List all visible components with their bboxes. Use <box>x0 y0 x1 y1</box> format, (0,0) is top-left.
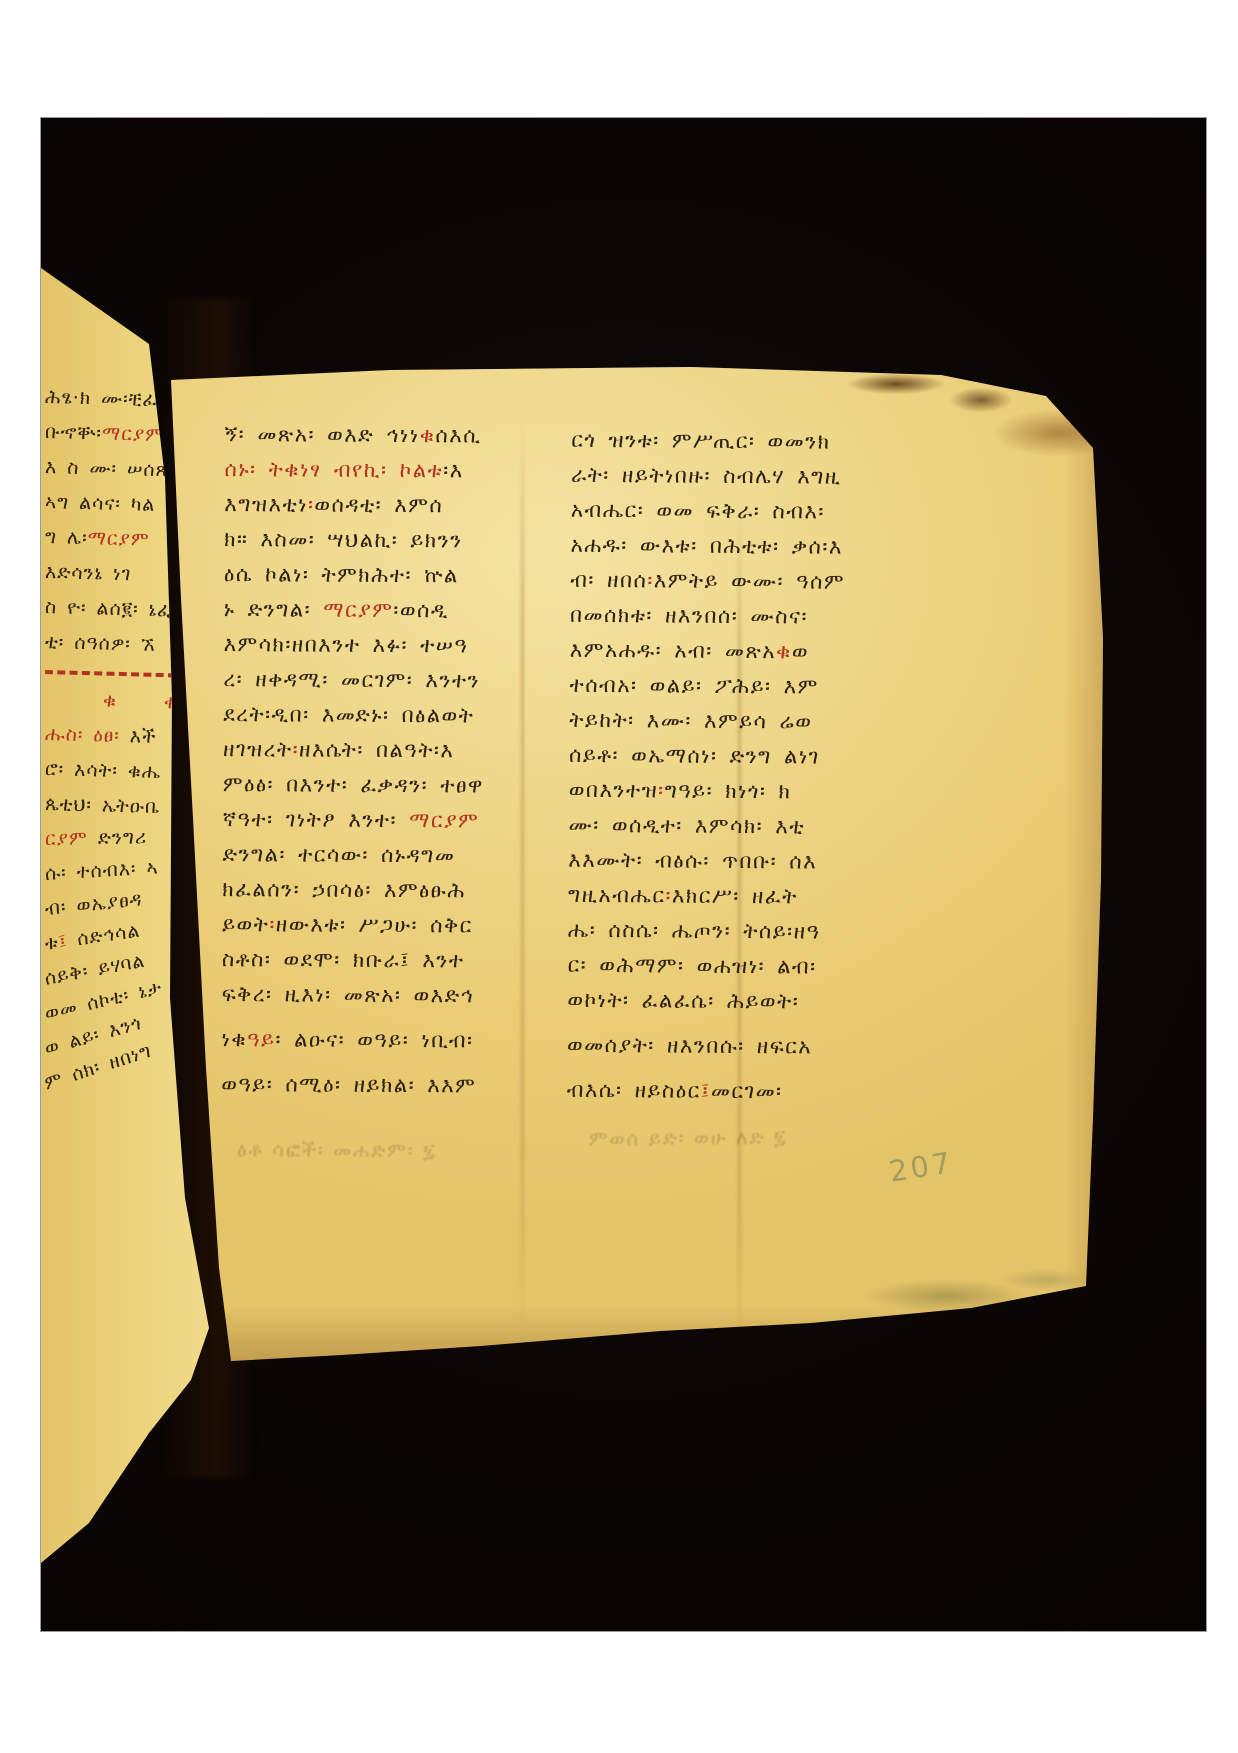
text-segment-ink: ሙ፡ ወሰዲተ፡ እምሳክ፡ እቲ <box>569 813 806 839</box>
text-segment-ink: ክ። እስመ፡ ሣህልኪ፡ ይክንን <box>224 527 463 552</box>
text-line: ወበእንተዝ፡ግዓይ፡ ክነጎ፡ ክ <box>569 773 913 810</box>
text-segment-ink: ኝ፡ መጽአ፡ ወእድ ኅነነ <box>225 422 420 447</box>
text-line: ወኮነት፡ ፈልፈሴ፡ ሕይወት፡ <box>567 983 911 1020</box>
text-segment-ink: ብ፡ ዘበሰ <box>570 568 647 593</box>
text-segment-ink: ር፡ ወሕማም፡ ወሐዝነ፡ ልብ፡ <box>568 953 817 979</box>
text-segment-ink: እች <box>130 725 157 748</box>
text-line: አብሔር፡ ወመ ፍቅራ፡ ስብእ፡ <box>571 493 915 530</box>
text-segment-ink: እእሙት፡ ብፅሱ፡ ጥበቡ፡ ሰእ <box>568 848 817 874</box>
text-segment-ink: ክፈልሰን፡ ኃበሳፅ፡ እምፅፁሕ <box>222 877 466 902</box>
text-segment-rubric: ማርያም <box>102 422 165 446</box>
text-segment-ink: ተሰብአ፡ ወልይ፡ ፖሕይ፡ እም <box>569 673 818 699</box>
text-line: እምሳክ፡ዘበእንተ እፉ፡ ተሠዓ <box>224 627 566 664</box>
text-segment-rubric: ማርያም <box>87 527 150 551</box>
text-line: ር፡ ወሕማም፡ ወሐዝነ፡ ልብ፡ <box>567 948 911 985</box>
text-line: ኝ፡ መጽአ፡ ወእድ ኅነነቁሰእሲ <box>225 417 567 454</box>
text-segment-rubric: ሰኑ፡ ትቁነፃ ብየኪ፡ ኮልቱ <box>224 457 443 482</box>
text-line: ዕሴ ኮልነ፡ ትምክሕተ፡ ኵል <box>224 557 566 594</box>
text-line: ተሰብአ፡ ወልይ፡ ፖሕይ፡ እም <box>569 668 913 705</box>
text-line: ሰይቶ፡ ወኤማሰነ፡ ድንግ ልነገ <box>569 738 913 775</box>
text-segment-rubric: ቁ ቁ <box>103 690 178 714</box>
text-line: እግዝእቲነ፡ወሰዳቲ፡ እምሰ <box>224 487 566 524</box>
text-line: ክፈልሰን፡ ኃበሳፅ፡ እምፅፁሕ <box>222 872 564 909</box>
text-segment-ink: ፡ወሰዲ <box>393 598 449 622</box>
text-line: ድንግል፡ ተርሳው፡ ሰኑዳግመ <box>222 837 564 874</box>
text-segment-ink: ወሰዳቲ፡ እምሰ <box>314 493 443 518</box>
text-segment-ink: ይወት <box>222 912 269 936</box>
text-segment-ink: ርጎ ዝንቱ፡ ምሥጢር፡ ወመንክ <box>571 428 830 454</box>
text-line: እእሙት፡ ብፅሱ፡ ጥበቡ፡ ሰእ <box>568 843 912 880</box>
text-line: ሰኑ፡ ትቁነፃ ብየኪ፡ ኮልቱ፡እ <box>224 452 566 489</box>
text-line: ሙ፡ ወሰዲተ፡ እምሳክ፡ እቲ <box>568 808 912 845</box>
text-segment-ink: ጴቲህ፡ ኤትዑቤ <box>45 793 161 818</box>
text-segment-rubric: ቁ <box>420 423 436 447</box>
text-segment-ink: ሕፄ·ክ ሙ፡ቺፈ <box>45 386 158 411</box>
text-segment-ink: መርገመ፡ <box>711 1079 783 1103</box>
text-line: ምዕፅ፡ በእንተ፡ ፈቃዳን፡ ተፀዋ <box>223 767 565 804</box>
text-line: ወመሰያት፡ ዘእንበሱ፡ ዘፍርአ <box>567 1028 911 1065</box>
text-line: ነቁዓይ፡ ልዑና፡ ወዓይ፡ ነቢብ፡ <box>221 1022 563 1059</box>
text-segment-ink: ወበእንተዝ <box>569 778 659 803</box>
text-line: እምአሐዱ፡ አብ፡ መጽአቁወ <box>570 633 914 670</box>
text-line: ትይከት፡ እሙ፡ እምይሳ ሬወ <box>569 703 913 740</box>
text-segment-ink: ሰእሲ <box>435 423 481 447</box>
text-segment-ink: ብእሴ፡ ዘይስዕር <box>567 1078 701 1103</box>
text-line: ብእሴ፡ ዘይስዕር፤መርገመ፡ <box>567 1073 911 1110</box>
text-line: ግዚአብሔር፡እክርሥ፡ ዘፈት <box>568 878 912 915</box>
text-segment-rubric: ሑስ፡ ዕፀ፡ <box>45 723 130 747</box>
text-segment-rubric: ርያም <box>45 827 88 850</box>
text-segment-ink: ስቶስ፡ ወደሞ፡ ክቡራ፤ እንተ <box>222 947 465 972</box>
text-segment-ink: ግ ሌ፡ <box>45 526 88 549</box>
text-segment-rubric: ፤ <box>701 1079 711 1103</box>
text-segment-ink: ዘእሴት፡ በልዓት፡እ <box>299 738 454 763</box>
text-segment-ink: ኛዓተ፡ ገነትፆ እንተ፡ <box>223 807 410 832</box>
text-segment-ink: ፡እ <box>443 458 464 482</box>
text-line: ክ። እስመ፡ ሣህልኪ፡ ይክንን <box>224 522 566 559</box>
text-line: ፍቅረ፡ ዚእነ፡ መጽአ፡ ወእድኅ <box>222 977 564 1014</box>
text-line: ረ፡ ዘቀዳሚ፡ መርገም፡ እንተን <box>223 662 565 699</box>
text-segment-ink: እምአሐዱ፡ አብ፡ መጽአ <box>570 638 776 663</box>
text-segment-ink: ደረት፡ዲበ፡ እመድኑ፡ በፅልወት <box>223 702 474 727</box>
text-segment-ink: ግዚአብሔር <box>568 883 666 908</box>
text-segment-ink: ነቁ <box>221 1027 247 1051</box>
text-segment-ink: እግዝእቲነ <box>224 492 308 516</box>
text-segment-ink: ፍቅረ፡ ዚእነ፡ መጽአ፡ ወእድኅ <box>222 982 475 1007</box>
text-segment-ink: ፡ ልዑና፡ ወዓይ፡ ነቢብ፡ <box>275 1027 473 1052</box>
text-segment-ink: ቡኆቝ፡ <box>45 421 103 444</box>
text-segment-ink: ግዓይ፡ ክነጎ፡ ክ <box>665 778 792 803</box>
text-line: ስቶስ፡ ወደሞ፡ ክቡራ፤ እንተ <box>222 942 564 979</box>
text-segment-rubric: ዓይ <box>247 1027 275 1051</box>
text-line: ደረት፡ዲበ፡ እመድኑ፡ በፅልወት <box>223 697 565 734</box>
text-segment-rubric: ቁ <box>776 639 792 663</box>
text-line: ሔ፡ ሰስሴ፡ ሔጦን፡ ትሰይ፡ዘዓ <box>568 913 912 950</box>
text-segment-ink: እክርሥ፡ ዘፈት <box>672 884 798 909</box>
text-segment-ink: ሔ፡ ሰስሴ፡ ሔጦን፡ ትሰይ፡ዘዓ <box>568 918 821 944</box>
text-segment-ink: ኣግ ልሳና፡ ካል <box>45 491 156 516</box>
text-segment-ink: እምሳክ፡ዘበእንተ እፉ፡ ተሠዓ <box>224 632 469 657</box>
text-segment-ink: ዘገዝረት <box>223 737 293 761</box>
text-segment-ink: ወመሰያት፡ ዘእንበሱ፡ ዘፍርአ <box>567 1033 812 1059</box>
text-segment-rubric: ማርያም <box>323 598 393 622</box>
text-segment-ink: አሐዱ፡ ውእቱ፡ በሕቲቱ፡ ቃሰ፡እ <box>570 533 842 559</box>
text-segment-ink: ትይከት፡ እሙ፡ እምይሳ ሬወ <box>569 708 812 734</box>
text-line: በመሰክቱ፡ ዘእንበሰ፡ ሙስና፡ <box>570 598 914 635</box>
text-line: ራት፡ ዘይትነበዙ፡ ስብሌሃ እግዚ <box>571 458 915 495</box>
text-segment-ink: ዕሴ ኮልነ፡ ትምክሕተ፡ ኵል <box>224 562 459 587</box>
text-segment-rubric: ማርያም <box>409 808 479 832</box>
text-line: ኛዓተ፡ ገነትፆ እንተ፡ ማርያም <box>223 802 565 839</box>
text-column-2: ርጎ ዝንቱ፡ ምሥጢር፡ ወመንክራት፡ ዘይትነበዙ፡ ስብሌሃ እግዚአብ… <box>567 423 916 1110</box>
text-segment-ink: በመሰክቱ፡ ዘእንበሰ፡ ሙስና፡ <box>570 603 808 629</box>
text-segment-ink: ወኮነት፡ ፈልፈሴ፡ ሕይወት፡ <box>567 988 799 1014</box>
text-segment-ink: ምዕፅ፡ በእንተ፡ ፈቃዳን፡ ተፀዋ <box>223 772 484 797</box>
text-line: ዘገዝረት፡ዘእሴት፡ በልዓት፡እ <box>223 732 565 769</box>
text-segment-ink: እምትይ ውሙ፡ ዓሰም <box>654 568 845 593</box>
text-segment-ink: ረ፡ ዘቀዳሚ፡ መርገም፡ እንተን <box>223 667 480 692</box>
text-segment-ink: ኑ ድንግል፡ <box>224 597 324 622</box>
show-through-text: ፅቶ ሳፎች፡ መሐድም፡ ፯ <box>237 1137 437 1163</box>
text-segment-ink: ስ ዮ፡ ልሰ፪፡ ኔፌ <box>45 596 175 621</box>
text-line: ብ፡ ዘበሰ፡እምትይ ውሙ፡ ዓሰም <box>570 563 914 600</box>
text-segment-ink: ሱ፡ ተሰብእ፡ ኣ <box>44 856 159 885</box>
text-line: ርጎ ዝንቱ፡ ምሥጢር፡ ወመንክ <box>571 423 915 460</box>
text-column-1: ኝ፡ መጽአ፡ ወእድ ኅነነቁሰእሲሰኑ፡ ትቁነፃ ብየኪ፡ ኮልቱ፡እእግ… <box>221 417 567 1104</box>
show-through-text: ምወሰ ይድ፡ ወሁ ለድ ፯ <box>589 1125 788 1151</box>
text-line: ወዓይ፡ ሰሚዕ፡ ዘይክል፡ እእም <box>221 1067 563 1104</box>
text-segment-ink: ድንግል፡ ተርሳው፡ ሰኑዳግመ <box>222 842 455 867</box>
text-segment-ink: ቲ፡ ሰዓሰዎ፡ ኧ <box>45 631 156 656</box>
text-segment-ink: እድሳንኔ ነገ <box>45 561 132 585</box>
text-line: አሐዱ፡ ውእቱ፡ በሕቲቱ፡ ቃሰ፡እ <box>570 528 914 565</box>
text-line: ይወት፡ዘውእቱ፡ ሥጋሁ፡ ሰቅር <box>222 907 564 944</box>
text-line: ኑ ድንግል፡ ማርያም፡ወሰዲ <box>224 592 566 629</box>
text-segment-ink: እ ስ ሙ፡ ሠሰጺ <box>45 456 172 481</box>
text-segment-ink: ድንግሪ <box>88 826 148 849</box>
text-segment-ink: ወዓይ፡ ሰሚዕ፡ ዘይክል፡ እእም <box>221 1072 476 1097</box>
text-segment-ink: ዘውእቱ፡ ሥጋሁ፡ ሰቅር <box>276 912 473 937</box>
text-segment-ink: ሮ፡ እሳት፡ ቁሔ <box>45 758 162 783</box>
text-segment-ink: ወ <box>792 639 809 663</box>
manuscript-photo: ሕፄ·ክ ሙ፡ቺፈቡኆቝ፡ማርያምእ ስ ሙ፡ ሠሰጺኣግ ልሳና፡ ካልግ ሌ… <box>40 117 1207 1632</box>
text-segment-ink: ራት፡ ዘይትነበዙ፡ ስብሌሃ እግዚ <box>571 463 842 489</box>
text-segment-ink: ሰይቶ፡ ወኤማሰነ፡ ድንግ ልነገ <box>569 743 820 769</box>
text-segment-ink: አብሔር፡ ወመ ፍቅራ፡ ስብእ፡ <box>571 498 825 524</box>
